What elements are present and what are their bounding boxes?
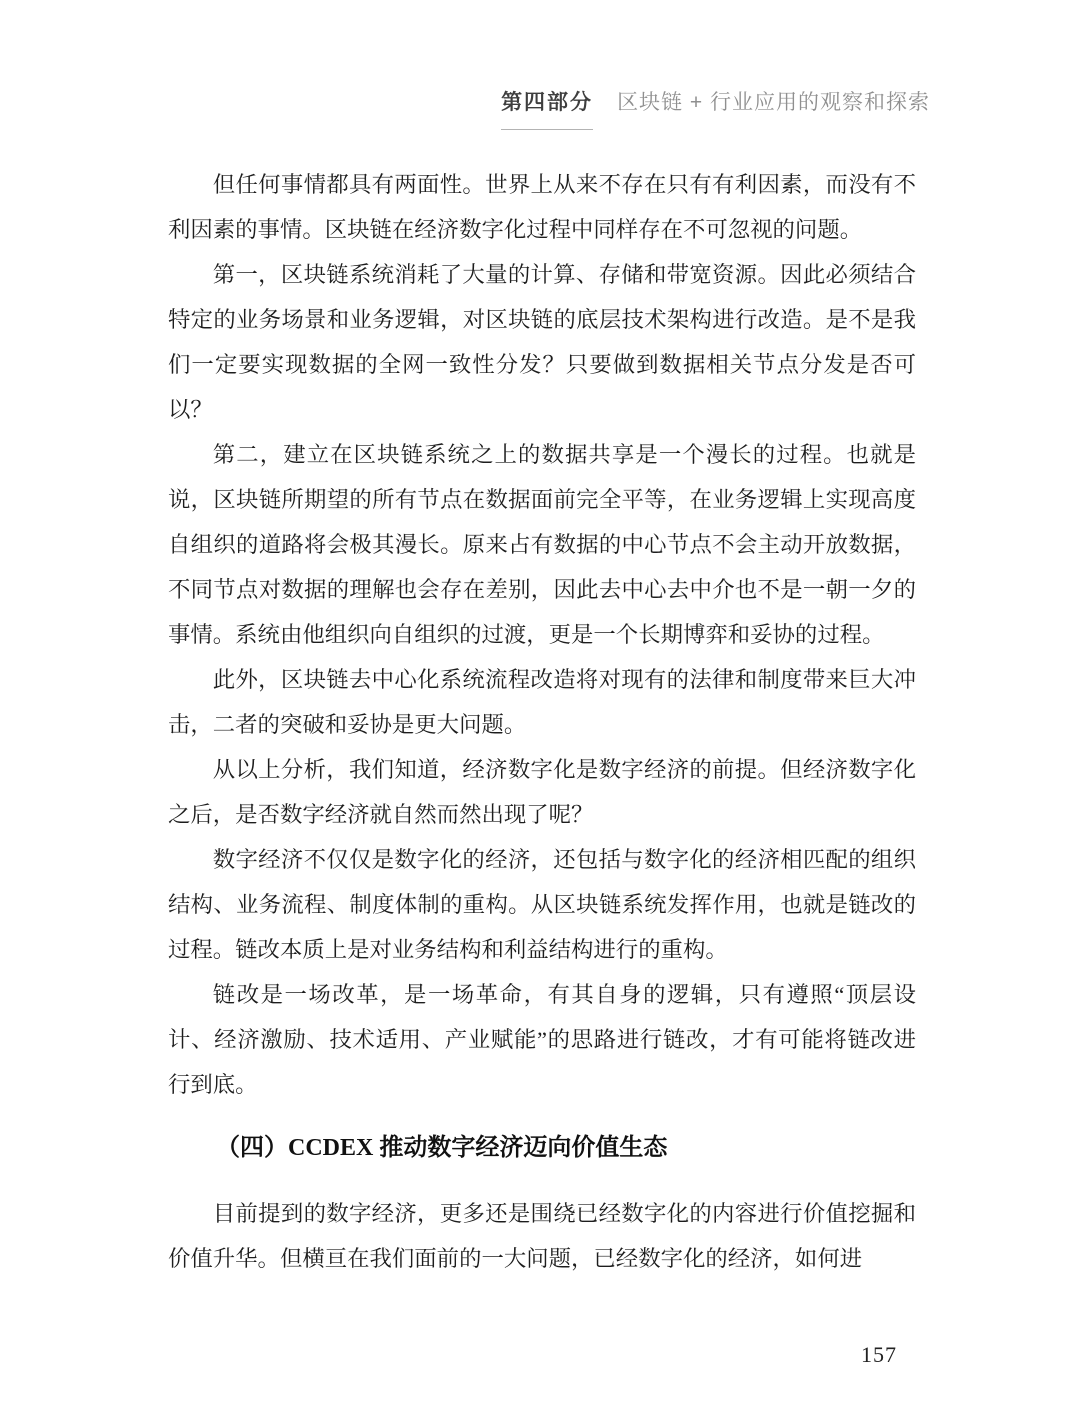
paragraph: 从以上分析，我们知道，经济数字化是数字经济的前提。但经济数字化之后，是否数字经济… bbox=[168, 747, 916, 837]
page-number: 157 bbox=[861, 1342, 897, 1368]
paragraph: 第二，建立在区块链系统之上的数据共享是一个漫长的过程。也就是说，区块链所期望的所… bbox=[168, 432, 916, 657]
paragraph: 此外，区块链去中心化系统流程改造将对现有的法律和制度带来巨大冲击，二者的突破和妥… bbox=[168, 657, 916, 747]
paragraph: 数字经济不仅仅是数字化的经济，还包括与数字化的经济相匹配的组织结构、业务流程、制… bbox=[168, 837, 916, 972]
paragraph: 第一，区块链系统消耗了大量的计算、存储和带宽资源。因此必须结合特定的业务场景和业… bbox=[168, 252, 916, 432]
running-header: 第四部分区块链 + 行业应用的观察和探索 bbox=[501, 86, 930, 130]
book-page: 第四部分区块链 + 行业应用的观察和探索 但任何事情都具有两面性。世界上从来不存… bbox=[0, 0, 1080, 1419]
paragraph: 目前提到的数字经济，更多还是围绕已经数字化的内容进行价值挖掘和价值升华。但横亘在… bbox=[168, 1191, 916, 1281]
paragraph: 链改是一场改革，是一场革命，有其自身的逻辑，只有遵照“顶层设计、经济激励、技术适… bbox=[168, 972, 916, 1107]
paragraph: 但任何事情都具有两面性。世界上从来不存在只有有利因素，而没有不利因素的事情。区块… bbox=[168, 162, 916, 252]
part-title: 区块链 + 行业应用的观察和探索 bbox=[617, 86, 930, 116]
part-label: 第四部分 bbox=[501, 86, 593, 130]
body-text: 但任何事情都具有两面性。世界上从来不存在只有有利因素，而没有不利因素的事情。区块… bbox=[168, 162, 916, 1281]
section-heading: （四）CCDEX 推动数字经济迈向价值生态 bbox=[168, 1127, 916, 1169]
